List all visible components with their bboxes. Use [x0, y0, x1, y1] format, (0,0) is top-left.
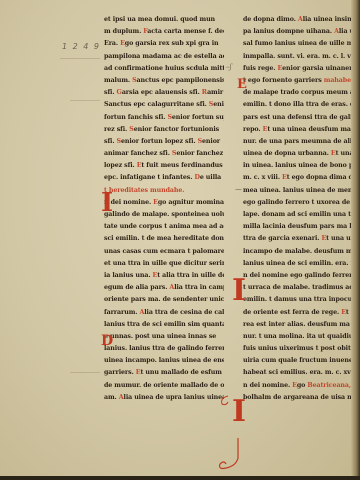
- text-line: t urraca de malabe. tradimus ad sci: [243, 282, 355, 294]
- text-line: uinea de dopna urbanna. Et una uinea: [243, 148, 355, 160]
- text-line: galindo de malape. sponteinea uolun: [104, 209, 224, 221]
- text-line: de oriente est ferra de rege. Et una in: [243, 307, 355, 319]
- line-text: lanius uinea de sci emilin. era. m. c. x…: [243, 260, 355, 267]
- line-text: de dopna dimo.: [243, 16, 298, 23]
- line-text: go: [297, 382, 308, 389]
- line-text: fuis unius uixerimus t post obitum: [243, 345, 355, 352]
- text-line: uiria cum quale fructum inuenerit: [243, 355, 355, 367]
- text-line: sfi. Senior fortun lopez sfi. Senior: [104, 136, 224, 148]
- line-text: milla lacinia deusfum pars ma lanius: [243, 223, 355, 230]
- line-text: in uinea. lanius uinea de bono parroc: [243, 162, 355, 169]
- line-text: lanius ttra de sci emilin sim quantas: [104, 321, 224, 328]
- text-line: de dopna dimo. Alia uinea insimum: [243, 14, 355, 26]
- line-text: de malape trado corpus meum ad sci: [243, 89, 355, 96]
- text-line: farrarum. Alia ttra de cesina de calumna: [104, 307, 224, 319]
- text-line: lanius uinea de sci emilin. era. m. c. x…: [243, 258, 355, 270]
- text-line: epc. infatigane t infantes. De uilla: [104, 172, 224, 184]
- line-text: nur. t una molina. ita ut quaidiu: [243, 333, 353, 340]
- line-text: lia uinea de upra lanius uinea.: [124, 394, 224, 401]
- text-line: milla lacinia deusfum pars ma lanius: [243, 221, 355, 233]
- page-edge: [351, 0, 360, 476]
- line-text: t urraca de malabe. tradimus ad sci: [243, 284, 355, 291]
- line-text: arsia epc alauensis sfi.: [122, 89, 202, 96]
- text-line: ego galindo ferrero t uxorea de ma: [243, 197, 355, 209]
- line-text: farrarum.: [104, 309, 139, 316]
- margin-annotation: ⁓: [235, 186, 242, 194]
- line-text: uinea de dopna urbanna.: [243, 150, 331, 157]
- line-text: tate unde corpus t anima mea ad aeta: [104, 223, 224, 230]
- line-text: habeat sci emilius. era. m. c. xvii.: [243, 369, 355, 376]
- text-line: fuis unius uixerimus t post obitum: [243, 343, 355, 355]
- text-line: oriente pars ma. de sendenter unica de: [104, 294, 224, 306]
- text-line: n dei nomine. Ego agnitur momina: [104, 197, 224, 209]
- line-text: enior: [213, 101, 224, 108]
- text-line: fortun fanchis sfi. Senior fortun sup: [104, 112, 224, 124]
- line-text: sal fumo lanius uinea de uille morinuy: [243, 40, 355, 47]
- line-text: lopez sfi.: [104, 162, 137, 169]
- text-line: habeat sci emilius. era. m. c. xvii.: [243, 367, 355, 379]
- line-text: Era.: [104, 40, 120, 47]
- line-text: de mumur. de oriente mallado de orte: [104, 382, 224, 389]
- text-line: tate unde corpus t anima mea ad aeta: [104, 221, 224, 233]
- text-line: ia lanius una. Et alia ttra in uille der…: [104, 270, 224, 282]
- line-text: nur. de una pars meumna de alia pars: [243, 138, 355, 145]
- line-text: garriers.: [104, 369, 136, 376]
- line-text: acta carta mense f. decemb.: [147, 28, 224, 35]
- text-line: nur. de una pars meumna de alia pars: [243, 136, 355, 148]
- line-text: lanius. lanius ttra de galindo ferren.: [104, 345, 224, 352]
- text-line: lape. donam ad sci emilin una ttra: [243, 209, 355, 221]
- line-text: am.: [104, 394, 119, 401]
- text-line: pampilona madama ac de estella ac: [104, 51, 224, 63]
- initial-flourish: [212, 436, 242, 476]
- text-line: sfi. Garsia epc alauensis sfi. Ramir: [104, 87, 224, 99]
- text-line: pars est una defensi ttra de galindo fer: [243, 112, 355, 124]
- text-line: malum. Sanctus epc pampilonensis: [104, 75, 224, 87]
- text-line: animar fanchez sfi. Senior fanchez: [104, 148, 224, 160]
- text-line: lopez sfi. Et fuit meus ferdinandus: [104, 160, 224, 172]
- line-text: enior fanchez: [176, 150, 223, 157]
- text-line: rez sfi. Senior fanctor fortunionis: [104, 124, 224, 136]
- line-text: pa lanius dompne uihana.: [243, 28, 334, 35]
- text-line: mea uinea. lanius uinea de meniua. E: [243, 185, 355, 197]
- text-line: sci emilin. t de mea hereditate done: [104, 233, 224, 245]
- rubric-letter: Beatriceana,: [307, 382, 351, 389]
- text-line: am. Alia uinea de upra lanius uinea.: [104, 392, 224, 404]
- line-text: emilin. t damus una ttra inpoculo.: [243, 296, 355, 303]
- line-text: unas casas cum ecmara t palomare.: [104, 248, 224, 255]
- line-text: Sanctus epc calagurritane sfi.: [104, 101, 209, 108]
- line-text: lape. donam ad sci emilin una ttra: [243, 211, 355, 218]
- line-text: n dei nomine.: [243, 382, 292, 389]
- line-text: t hereditates mundahe.: [104, 187, 184, 194]
- line-text: mea uinea. lanius uinea de meniua.: [243, 187, 355, 194]
- line-text: enior: [202, 138, 220, 145]
- margin-ruling: [60, 58, 100, 59]
- text-line: lanius ttra de sci emilin sim quantas: [104, 319, 224, 331]
- text-line: ad confirmatione huius scdula mitte: [104, 63, 224, 75]
- line-text: sfi.: [104, 138, 117, 145]
- line-text: t alia ttra in uille dering: [157, 272, 224, 279]
- page-bottom-edge: [0, 476, 360, 480]
- text-line: et ipsi ua mea domui. quod mun: [104, 14, 224, 26]
- line-text: uiria cum quale fructum inuenerit: [243, 357, 355, 364]
- line-text: go garsia rex sub xpi gra in: [125, 40, 219, 47]
- manuscript-page: 1 2 4 9 ⌢ʃ ⁓ et ipsi ua mea domui. quod …: [0, 0, 360, 476]
- initial-flourish: [218, 394, 232, 408]
- margin-ruling: [70, 100, 100, 101]
- decorated-initial-I: I: [232, 276, 246, 306]
- decorated-initial-I: I: [232, 397, 246, 427]
- line-text: t unu mallado de esfum ma: [140, 369, 224, 376]
- text-line: n dei nomine. Ego Beatriceana,: [243, 380, 355, 392]
- text-line: uinea incampo. lanius uinea de eneneo: [104, 355, 224, 367]
- line-text: rez sfi.: [104, 126, 129, 133]
- line-text: lia ttra in campo de: [174, 284, 224, 291]
- text-line: Era. Ego garsia rex sub xpi gra in: [104, 38, 224, 50]
- line-text: ad confirmatione huius scdula mitte: [104, 65, 224, 72]
- text-line: n dei nomine ego galindo ferrero: [243, 270, 355, 282]
- line-text: malum.: [104, 77, 132, 84]
- line-text: go agnitur momina: [158, 199, 224, 206]
- decorated-initial-I: I: [101, 190, 113, 216]
- line-text: anctus epc pampilonensis: [137, 77, 224, 84]
- margin-annotation: ⌢ʃ: [225, 63, 232, 72]
- line-text: oriente pars ma. de sendenter unica de: [104, 296, 224, 303]
- line-text: fortun fanchis sfi.: [104, 114, 167, 121]
- line-text: epc. infatigane t infantes.: [104, 174, 194, 181]
- text-line: Sanctus epc calagurritane sfi. Senior: [104, 99, 224, 111]
- line-text: t ego fornento garriers: [243, 77, 324, 84]
- line-text: enior fortun sup: [172, 114, 224, 121]
- text-line: emilin. t dono illa ttra de eras. de una: [243, 99, 355, 111]
- text-line: lanius. lanius ttra de galindo ferren. A…: [104, 343, 224, 355]
- text-line: pa lanius dompne uihana. Alia uinea: [243, 26, 355, 38]
- text-line: unas casas cum ecmara t palomare.: [104, 246, 224, 258]
- line-text: n dei nomine ego galindo ferrero: [243, 272, 355, 279]
- text-line: repo. Et una uinea deusfum ma de ma: [243, 124, 355, 136]
- text-line: in uinea. lanius uinea de bono parroc: [243, 160, 355, 172]
- text-line: emilin. t damus una ttra inpoculo.: [243, 294, 355, 306]
- line-text: e uilla: [200, 174, 221, 181]
- line-text: m duplum.: [104, 28, 143, 35]
- text-line: bolhalm de argareana de uisa mara: [243, 392, 355, 404]
- text-line: inmpalla. sunt. vi. era. m. c. l. vii. i…: [243, 51, 355, 63]
- line-text: lia ttra de cesina de calumna: [144, 309, 224, 316]
- line-text: enior fortun lopez sfi.: [121, 138, 198, 145]
- line-text: pars est una defensi ttra de galindo fer: [243, 114, 355, 121]
- line-text: enior garsia uinanera.: [282, 65, 355, 72]
- line-text: emilin. t dono illa ttra de eras. de una: [243, 101, 355, 108]
- line-text: uinea incampo. lanius uinea de eneneo: [104, 357, 224, 364]
- text-line: m duplum. Facta carta mense f. decemb.: [104, 26, 224, 38]
- line-text: t ego dopna dima den: [287, 174, 355, 181]
- text-line: et una ttra in uille que dicitur sering: [104, 258, 224, 270]
- line-text: pampilona madama ac de estella ac: [104, 53, 224, 60]
- line-text: sfi.: [104, 89, 117, 96]
- line-text: enior fanctor fortunionis: [134, 126, 219, 133]
- line-text: repo.: [243, 126, 263, 133]
- text-line: fuis rege. Eenior garsia uinanera. De: [243, 63, 355, 75]
- line-text: amir: [207, 89, 223, 96]
- decorated-initial-E: E: [237, 77, 247, 92]
- line-text: de oriente est ferra de rege.: [243, 309, 341, 316]
- text-line: sal fumo lanius uinea de uille morinuy: [243, 38, 355, 50]
- line-text: inmpalla. sunt. vi. era. m. c. l. vii. i…: [243, 53, 355, 60]
- line-text: galindo de malape. sponteinea uolun: [104, 211, 224, 218]
- rubric-letter: mahabe.: [324, 77, 353, 84]
- line-text: t fuit meus ferdinandus: [141, 162, 222, 169]
- line-text: egum de alia pars.: [104, 284, 169, 291]
- text-line: ttra de garcia exenari. Et una uinea: [243, 233, 355, 245]
- line-text: fuis rege.: [243, 65, 277, 72]
- text-column-right: de dopna dimo. Alia uinea insimumpa lani…: [243, 14, 355, 404]
- line-text: et una ttra in uille que dicitur sering: [104, 260, 224, 267]
- text-line: de mumur. de oriente mallado de orte: [104, 380, 224, 392]
- text-line: rea est inter alias. deusfum ma de oun: [243, 319, 355, 331]
- text-line: garriers. Et unu mallado de esfum ma: [104, 367, 224, 379]
- text-line: incampo de malabe. deusfum ma: [243, 246, 355, 258]
- text-column-left: et ipsi ua mea domui. quod munm duplum. …: [104, 14, 224, 404]
- margin-folio-number: 1 2 4 9: [62, 42, 101, 51]
- text-line: nur. t una molina. ita ut quaidiu: [243, 331, 355, 343]
- decorated-initial-D: D: [101, 333, 113, 349]
- line-text: ego galindo ferrero t uxorea de ma: [243, 199, 355, 206]
- line-text: incampo de malabe. deusfum ma: [243, 248, 355, 255]
- line-text: bolhalm de argareana de uisa mara: [243, 394, 355, 401]
- text-line: de malape trado corpus meum ad sci: [243, 87, 355, 99]
- line-text: sci emilin. t de mea hereditate done: [104, 235, 224, 242]
- text-line: e unnas. post una uinea innas se: [104, 331, 224, 343]
- line-text: ttra de garcia exenari.: [243, 235, 321, 242]
- line-text: e unnas. post una uinea innas se: [104, 333, 216, 340]
- line-text: lia uinea insimum: [303, 16, 355, 23]
- line-text: et ipsi ua mea domui. quod mun: [104, 16, 215, 23]
- text-line: t ego fornento garriers mahabe.: [243, 75, 355, 87]
- line-text: m. c. x viii.: [243, 174, 282, 181]
- text-line: egum de alia pars. Alia ttra in campo de: [104, 282, 224, 294]
- line-text: ia lanius una.: [104, 272, 153, 279]
- margin-ruling: [70, 372, 100, 373]
- line-text: animar fanchez sfi.: [104, 150, 172, 157]
- text-line: t hereditates mundahe.: [104, 185, 224, 197]
- text-line: m. c. x viii. Et ego dopna dima den: [243, 172, 355, 184]
- line-text: t una uinea deusfum ma de ma: [267, 126, 355, 133]
- line-text: rea est inter alias. deusfum ma de oun: [243, 321, 355, 328]
